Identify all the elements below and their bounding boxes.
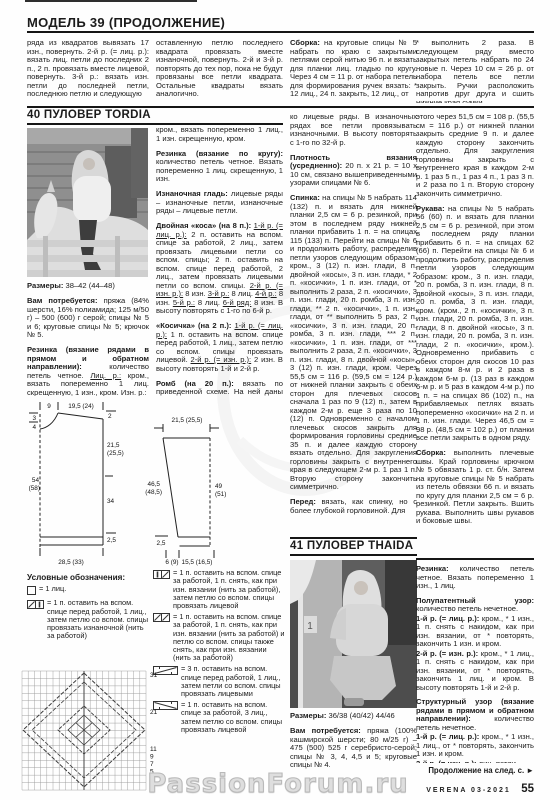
legend-item: = 1 п. оставить на вспом. спице за работ… <box>153 569 286 610</box>
sizes-line: Размеры: 36/38 (40/42) 44/46 <box>290 712 417 721</box>
svg-text:2: 2 <box>108 413 112 420</box>
gauge-paragraph: Плотность вязания (усредненно): 20 п. х … <box>290 154 417 188</box>
assembly-paragraph: Сборка: выполнить плечевые швы. Край гор… <box>416 449 534 526</box>
model41-top-rule <box>290 537 417 539</box>
svg-text:3: 3 <box>32 415 36 422</box>
rib-round-paragraph: Резинка (вязание по кругу): количество п… <box>156 150 283 184</box>
model39-title: МОДЕЛЬ 39 (ПРОДОЛЖЕНИЕ) <box>27 15 225 30</box>
paragraph: оставленную петлю последнего квадрата пр… <box>156 39 283 99</box>
paragraph: ряда из квадратов вывязать 17 изн., пове… <box>27 39 149 99</box>
braid-paragraph: «Косичка» (на 2 п.): 1-й р. (= лиц. р.):… <box>156 322 283 373</box>
svg-text:9: 9 <box>47 403 51 410</box>
front-paragraph: Перед: вязать, как спинку, но с более гл… <box>290 498 417 515</box>
model41-column4-rule <box>416 558 534 560</box>
rib-flat-paragraph: Резинка (вязание рядами в прямом и обрат… <box>27 346 149 396</box>
model41-photo: 1 <box>290 560 417 708</box>
model40-column-3: ко лицевые ряды. В изнаночных рядах все … <box>290 113 417 537</box>
svg-text:28,5 (33): 28,5 (33) <box>58 559 84 566</box>
model39-column-4: * выполнить 2 раза. В следующем ряду вме… <box>416 39 534 103</box>
sleeve-piece-outline <box>154 424 219 558</box>
model40-schematics: 9 19,5 (24) 3 4 54 (58) 2 21,5 (25,5) 34… <box>27 396 285 572</box>
paragraph: кром., вязать попеременно 1 лиц., 1 изн.… <box>156 126 283 143</box>
model40-title: 40 ПУЛОВЕР TORDIA <box>27 109 151 121</box>
model39-column-2: оставленную петлю последнего квадрата пр… <box>156 39 283 103</box>
model41-title-rule <box>290 554 417 556</box>
legend-title: Условные обозначения: <box>27 573 151 582</box>
paragraph: ко лицевые ряды. В изнаночных рядах все … <box>290 113 417 147</box>
top-crop-line <box>25 0 197 2</box>
model41-title: 41 ПУЛОВЕР THAIDA <box>290 540 413 552</box>
legend-item: = 3 п. оставить на вспом. спице перед ра… <box>153 665 286 698</box>
materials-paragraph: Вам потребуется: пряжа (100% кашмирской … <box>290 727 417 770</box>
paragraph: Сборка: на круговые спицы № 5 набрать по… <box>290 39 417 99</box>
sleeves-paragraph: Рукава: на спицы № 5 набрать 56 (60) п. … <box>416 205 534 443</box>
svg-text:46,5: 46,5 <box>148 481 161 488</box>
legend-column-2: = 1 п. оставить на вспом. спице за работ… <box>153 569 286 737</box>
structure-pattern-row1: 1-й р. (= лиц. р.): кром., * 1 изн., 1 л… <box>416 733 534 759</box>
rib-paragraph: Резинка: количество петель четное. Вязат… <box>416 565 534 591</box>
legend-item: = 1 п. оставить на вспом. спице за работ… <box>153 701 286 734</box>
model40-column-1: Размеры: 38–42 (44–48) Вам потребуется: … <box>27 282 149 396</box>
cross-1-1-purl-icon <box>27 600 44 641</box>
svg-text:21: 21 <box>150 709 158 716</box>
model40-title-rule <box>27 123 283 125</box>
model40-column-2: кром., вязать попеременно 1 лиц., 1 изн.… <box>156 126 283 398</box>
model-sweater <box>73 176 111 222</box>
model39-column-1: ряда из квадратов вывязать 17 изн., пове… <box>27 39 149 103</box>
model41-sizes: Размеры: 36/38 (40/42) 44/46 <box>290 712 417 724</box>
legend-column-1: Условные обозначения: = 1 лиц. = 1 п. ос… <box>27 573 151 643</box>
legend-item: = 1 п. оставить на вспом. спице перед ра… <box>27 599 151 640</box>
structure-pattern-row2: 2-й р. (= изн. р.): лиц. петли. <box>416 760 534 764</box>
model40-photo <box>27 128 148 277</box>
sizes-line: Размеры: 38–42 (44–48) <box>27 282 149 291</box>
svg-text:21,5 (25,5): 21,5 (25,5) <box>172 417 203 424</box>
cross-1-1-slip-icon <box>153 613 170 662</box>
half-patent-head: Полупатентный узор: количество петель не… <box>416 597 534 614</box>
svg-text:11: 11 <box>150 746 157 753</box>
svg-text:(25,5): (25,5) <box>107 450 124 457</box>
svg-text:4: 4 <box>32 424 36 431</box>
body-piece-outline <box>29 402 116 556</box>
reverse-stockinette-paragraph: Изнаночная гладь: лицевые ряды – изнаноч… <box>156 190 283 216</box>
half-patent-row1: 1-й р. (= лиц. р.): кром., * 1 изн., 1 п… <box>416 615 534 649</box>
svg-text:9: 9 <box>150 754 154 761</box>
svg-text:6 (9): 6 (9) <box>165 559 178 566</box>
svg-text:34: 34 <box>107 498 115 505</box>
svg-text:54: 54 <box>32 477 40 484</box>
paragraph: этого через 51,5 см = 108 р. (55,5 см = … <box>416 113 534 198</box>
svg-text:(58): (58) <box>29 485 40 492</box>
legend-item: = 1 п. оставить на вспом. спице за работ… <box>153 613 286 663</box>
knit-stitch-icon <box>27 586 36 597</box>
svg-text:2,5: 2,5 <box>107 537 116 544</box>
structure-pattern-head: Структурный узор (вязание рядами в прямо… <box>416 698 534 732</box>
page-number: 55 <box>521 783 534 795</box>
model41-column-4: Резинка: количество петель четное. Вязат… <box>416 565 534 763</box>
watermark-text: PassionForum.ru <box>86 769 470 799</box>
legend-item: = 1 лиц. <box>27 585 151 597</box>
model39-column-3: Сборка: на круговые спицы № 5 набрать по… <box>290 39 417 103</box>
svg-text:49: 49 <box>215 483 223 490</box>
materials-paragraph: Вам потребуется: пряжа (84% шерсти, 16% … <box>27 297 149 340</box>
svg-text:7: 7 <box>150 761 154 768</box>
svg-text:2,5: 2,5 <box>157 540 166 547</box>
svg-text:21,5: 21,5 <box>107 442 120 449</box>
back-paragraph: Спинка: на спицы № 5 набрать 114 (132) п… <box>290 194 417 492</box>
model40-column-4: этого через 51,5 см = 108 р. (55,5 см = … <box>416 113 534 559</box>
half-patent-row2: 2-й р. (= изн. р.): кром., * 1 лиц., 1 п… <box>416 650 534 693</box>
double-cable-paragraph: Двойная «коса» (на 8 п.): 1-й р. (= лиц.… <box>156 222 283 316</box>
cross-1-1-knit-icon <box>153 570 170 611</box>
svg-text:(51): (51) <box>215 491 226 498</box>
door-number: 1 <box>307 621 313 632</box>
svg-text:(48,5): (48,5) <box>145 489 162 496</box>
model40-top-rule <box>27 106 534 108</box>
svg-text:31: 31 <box>150 672 158 679</box>
model39-title-rule <box>27 31 534 33</box>
svg-text:15,5 (16,5): 15,5 (16,5) <box>182 559 213 566</box>
paragraph: * выполнить 2 раза. В следующем ряду вме… <box>416 39 534 103</box>
svg-text:19,5 (24): 19,5 (24) <box>68 403 94 410</box>
